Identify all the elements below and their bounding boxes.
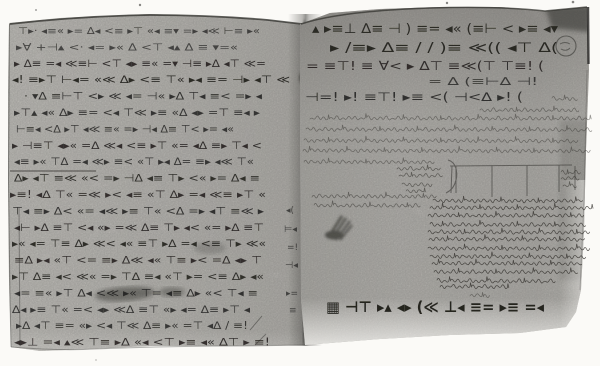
script-line: ▴ ▸≡⊥ ∆≡ ⊣ ) ≡= ◂« (≡⊢ < ▸≡ ◂▾ (312, 21, 558, 37)
script-line: · ▾∆ ≡⊢⊤ <▸ ≪ ◂= ⊣« ▸∆ ⊤◂ ≡< =▸ ◂ (24, 91, 263, 103)
script-line: ⊣=! ▸! ≡⊤! ▸≡ <( ⊣<∆ ▸! ( (305, 90, 523, 104)
script-line: ◂▸⊥ =◂ ▴≪ ⊤≡ ▸∆ «◂ <⊤ ▸≡ ◂« ∆⊤ ▸ ≡! (14, 337, 270, 349)
script-line: ▸ ⊣≡⊤ ◂▸« =∆ ≪◂ <≡ ▸⊤ «= ◂∆ ≡▸ ⊤◂ < (12, 140, 262, 152)
script-line: ▸⊤ ∆≡ ◂< ≪« =▸ ⊤∆ ≡◂ «⊤ ▸= <≡ ∆▸ ◂« (12, 271, 264, 283)
script-line: ∆◂ ▸≡ ⊤« =< ◂▸ ≪∆ ≡⊤ «▸ ◂= ∆≡ ▸⊤ ◂ (11, 304, 251, 316)
script-line: ≡∆ ▸◂ «⊤ <= ≡▸ ∆≪ ◂« ⊤≡ ▸< =∆ ◂▸ ⊤ (14, 255, 262, 267)
script-line: ▸⊤▴ ◂« ∆▸ ≡= <◂ ⊤≪ ▸≡ «∆ ◂▸ =⊤ ≡◂ ▸ (14, 107, 261, 119)
script-line: = ≡⊤! ≡ ∀< ▸ ∆⊤ ≡≪(⊤ ⊤≡! ( (306, 58, 544, 73)
script-line: ◂! ≡▸⊤ ⊢◂= «≪ ∆▸ <≡ ⊤« ▸◂ ≡= ⊣▸ ◂⊤ ≪ (12, 74, 290, 86)
script-line: ∆▸ ◂⊤ ≡≪ «< =▸ ⊣∆ ◂≡ ⊤▸ <« ▸= ∆◂ ≡ (13, 173, 260, 185)
script-line: ◂≡ ▸« ⊤∆ =◂ ≪▸ ≡< «⊤ ▸◂ ∆= ≡▸ ◂≪ ⊤« (14, 156, 254, 168)
script-line: ▸∆ ◂⊤ ≡= «▸ <◂ ⊤≪ ∆≡ ▸« =⊤ ◂∆ / ≡! (16, 320, 248, 332)
right-page: ▴ ▸≡⊥ ∆≡ ⊣ ) ≡= ◂« (≡⊢ < ▸≡ ◂▾▸ /≡▸ ∆≡ /… (295, 0, 595, 366)
script-line: ⊤◂ ≡▸ ∆< «= ◂≪ ▸≡ ⊤« <∆ =▸ ◂⊤ ≡≪ ▸ (12, 205, 265, 217)
script-line: ◂⊢ ▸∆ ≡⊤ <◂ «▸ =≪ ∆≡ ⊤▸ ◂< «= ▸∆ ≡⊤ (14, 222, 264, 234)
script-line: ▸ /≡▸ ∆≡ / / )≡ ≪(( ◂⊤ ∆( (330, 40, 558, 56)
script-line: ◂= ≡« ▸⊤ ∆◂ <≪ ▸« ⊤= ◂≡ ∆▸ «< ⊤◂ ≡ (14, 287, 258, 299)
script-line: ▸ ∆≡ =◂ ≪≡⊢ <⊤ ◂▸ ≡« =▾ ⊣≡ ▸∆ ◂⊤ ≪= (14, 58, 266, 70)
right-page-right-edge (588, 7, 589, 64)
script-line: ▸« ◂= ⊤≡ ∆▸ ≪< ◂« ≡⊤ ▸∆ =◂ <≡ ⊤▸ ≪« (12, 238, 266, 250)
script-line: = ∆ (≡⊢∆ ⊣! (428, 75, 538, 88)
script-line: ⊤▸· ◂≡« ▸= ∆◂ <≡ ▸⊤ «◂ ≡▾ =▸ ◂≪ ⊢≡ ▸« (18, 26, 260, 37)
script-line: ▦ ⊣⊤ ▸▴ ◂▸ (≪ ⊥◂ ≡= ▸≡ =◂ (326, 298, 544, 316)
left-page: ⊤▸· ◂≡« ▸= ∆◂ <≡ ▸⊤ «◂ ≡▾ =▸ ◂≪ ⊢≡ ▸«▸∀ … (0, 0, 320, 366)
script-line: ⊢≡◂ <∆ ▸⊤ ◂≪ ≡« =▸ ⊣◂ ∆≡ ⊤< ▸= ◂« (16, 123, 234, 135)
script-line: ▸∀ +⊣▴ <· ◂= ▸« ∆ <⊤ ◂▴ ∆ ≡ ▾=« (16, 42, 238, 53)
script-line: ▸≡! ◂∆ ⊤« =≪ ▸< ◂≡ «⊤ ∆▸ =◂ ≪≡ ▸⊤ « (10, 189, 266, 201)
scan-canvas: ⊤▸· ◂≡« ▸= ∆◂ <≡ ▸⊤ «◂ ≡▾ =▸ ◂≪ ⊢≡ ▸«▸∀ … (0, 0, 600, 366)
scanned-manuscript-photocopy: ⊤▸· ◂≡« ▸= ∆◂ <≡ ▸⊤ «◂ ≡▾ =▸ ◂≪ ⊢≡ ▸«▸∀ … (0, 0, 600, 366)
